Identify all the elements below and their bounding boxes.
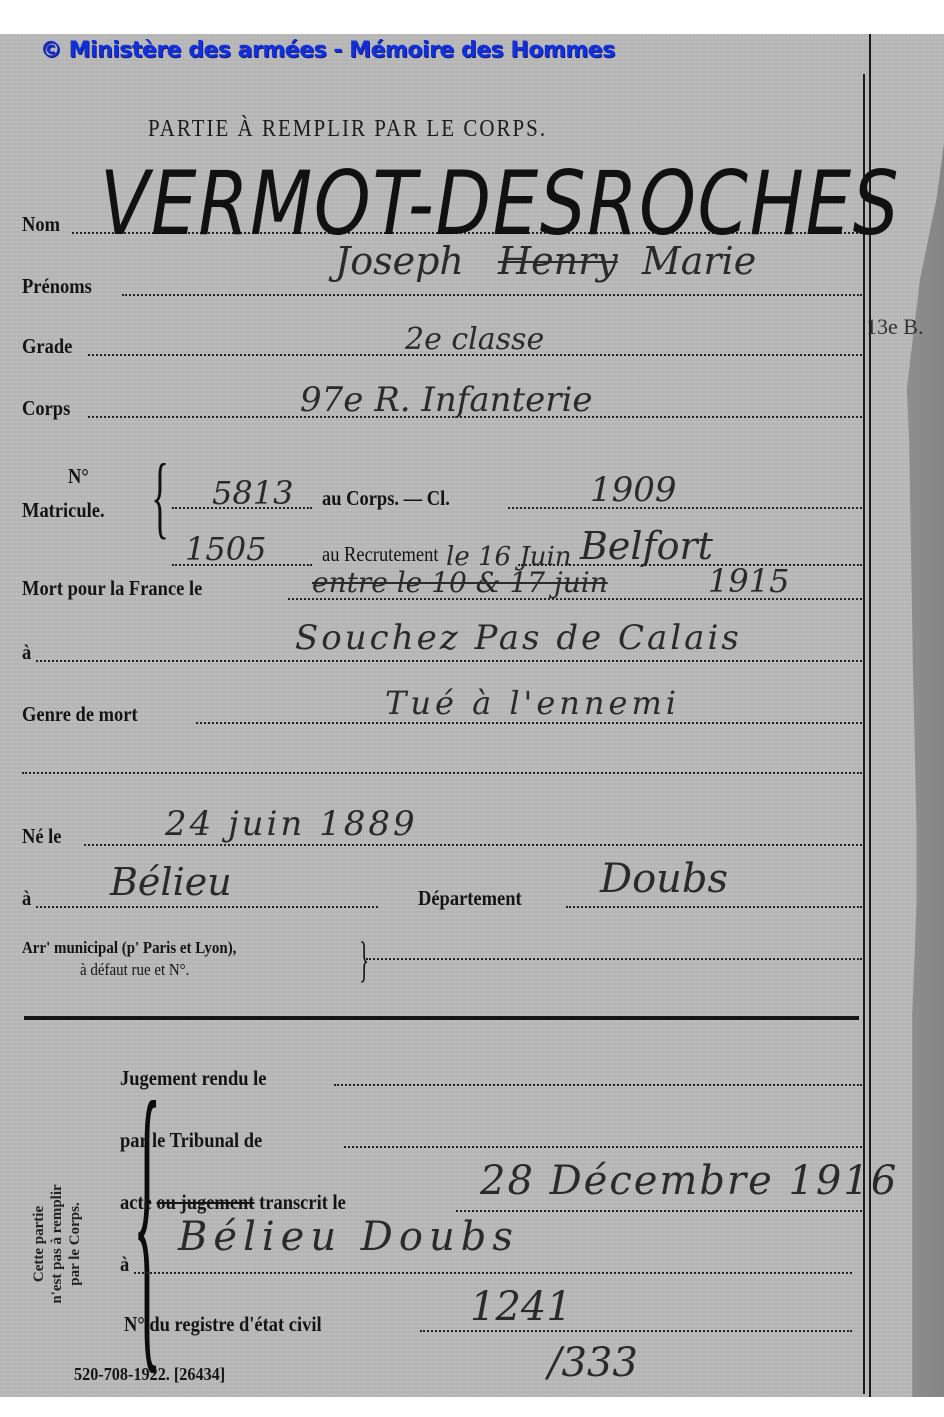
departement-value: Doubs [600,856,728,902]
matricule-brace: { [151,450,169,542]
classe-value: 1909 [590,470,677,510]
prenoms-value: Joseph Henry Marie [335,239,756,283]
prenom-struck: Henry [498,239,618,283]
grade-label: Grade [22,334,72,359]
corps-label: Corps [22,396,70,421]
prenom-first: Joseph [335,239,464,283]
lieu-acte-value: Bélieu Doubs [178,1214,519,1260]
acte-label-start: acte [120,1190,152,1214]
ne-le-label: Né le [22,824,62,849]
recrutement-place: Belfort [580,524,713,568]
prenoms-label: Prénoms [22,274,92,299]
side-note-line-1: Cette partie [30,1144,48,1344]
recrutement-number: 1505 [185,530,266,568]
acte-label-end: transcrit le [259,1190,346,1214]
ne-le-line [84,844,862,846]
registre-value-extra: /333 [548,1340,638,1386]
lieu-mort-value: Souchez Pas de Calais [295,618,742,658]
acte-label: acte ou jugement transcrit le [120,1190,346,1215]
side-note-line-3: par le Corps. [66,1144,84,1344]
side-note-line-2: n'est pas à remplir [48,1144,66,1344]
lieu-mort-label: à [22,640,31,665]
jugement-line [334,1084,862,1086]
registre-label: N° du registre d'état civil [124,1312,322,1337]
lieu-naissance-line [36,906,378,908]
matricule-corps-label: au Corps. — Cl. [322,486,450,511]
classe-line [508,507,862,509]
genre-mort-label: Genre de mort [22,702,138,727]
lieu-naissance-value: Bélieu [110,860,232,904]
mort-label: Mort pour la France le [22,576,202,601]
prenom-third: Marie [642,239,756,283]
recrutement-label: au Recrutement [322,542,438,567]
lieu-acte-label: à [120,1252,129,1277]
arrondissement-label-1: Arr' municipal (p' Paris et Lyon), [22,938,236,958]
grade-value: 2e classe [405,322,544,357]
matricule-label: Matricule. [22,498,105,523]
acte-line [456,1210,862,1212]
copyright-watermark: © Ministère des armées - Mémoire des Hom… [40,38,615,63]
lower-section-side-note: Cette partie n'est pas à remplir par le … [30,1144,84,1344]
matricule-corps-number: 5813 [212,474,293,512]
matricule-label-no: N° [68,464,89,489]
ne-le-value: 24 juin 1889 [165,804,418,844]
prenoms-line [122,294,862,296]
departement-line [566,906,862,908]
genre-mort-line [196,722,862,724]
nom-label: Nom [22,212,60,237]
footer-print-code: 520-708-1922. [26434] [74,1364,225,1385]
form-heading: PARTIE À REMPLIR PAR LE CORPS. [148,114,547,143]
acte-value: 28 Décembre 1916 [480,1158,898,1204]
margin-note: 13e B. [866,314,923,340]
corps-value: 97e R. Infanterie [300,380,593,420]
section-divider [24,1016,859,1020]
lieu-acte-line [134,1272,852,1274]
scanned-document-page: © Ministère des armées - Mémoire des Hom… [0,34,944,1397]
departement-label: Département [418,886,522,911]
mort-corrected-date: le 16 Juin [446,542,572,572]
arrondissement-line [366,958,862,960]
genre-mort-value: Tué à l'ennemi [385,684,680,722]
jugement-label: Jugement rendu le [120,1066,266,1091]
blank-line [22,772,862,774]
registre-value: 1241 [470,1284,572,1330]
registre-line [420,1330,852,1332]
acte-label-struck: ou jugement [156,1190,254,1214]
tribunal-line [344,1146,862,1148]
lieu-mort-line [36,660,862,662]
tribunal-label: par le Tribunal de [120,1128,262,1153]
lieu-naissance-label: à [22,886,31,911]
mort-year: 1915 [708,562,789,600]
arrondissement-label-2: à défaut rue et N°. [80,960,189,980]
